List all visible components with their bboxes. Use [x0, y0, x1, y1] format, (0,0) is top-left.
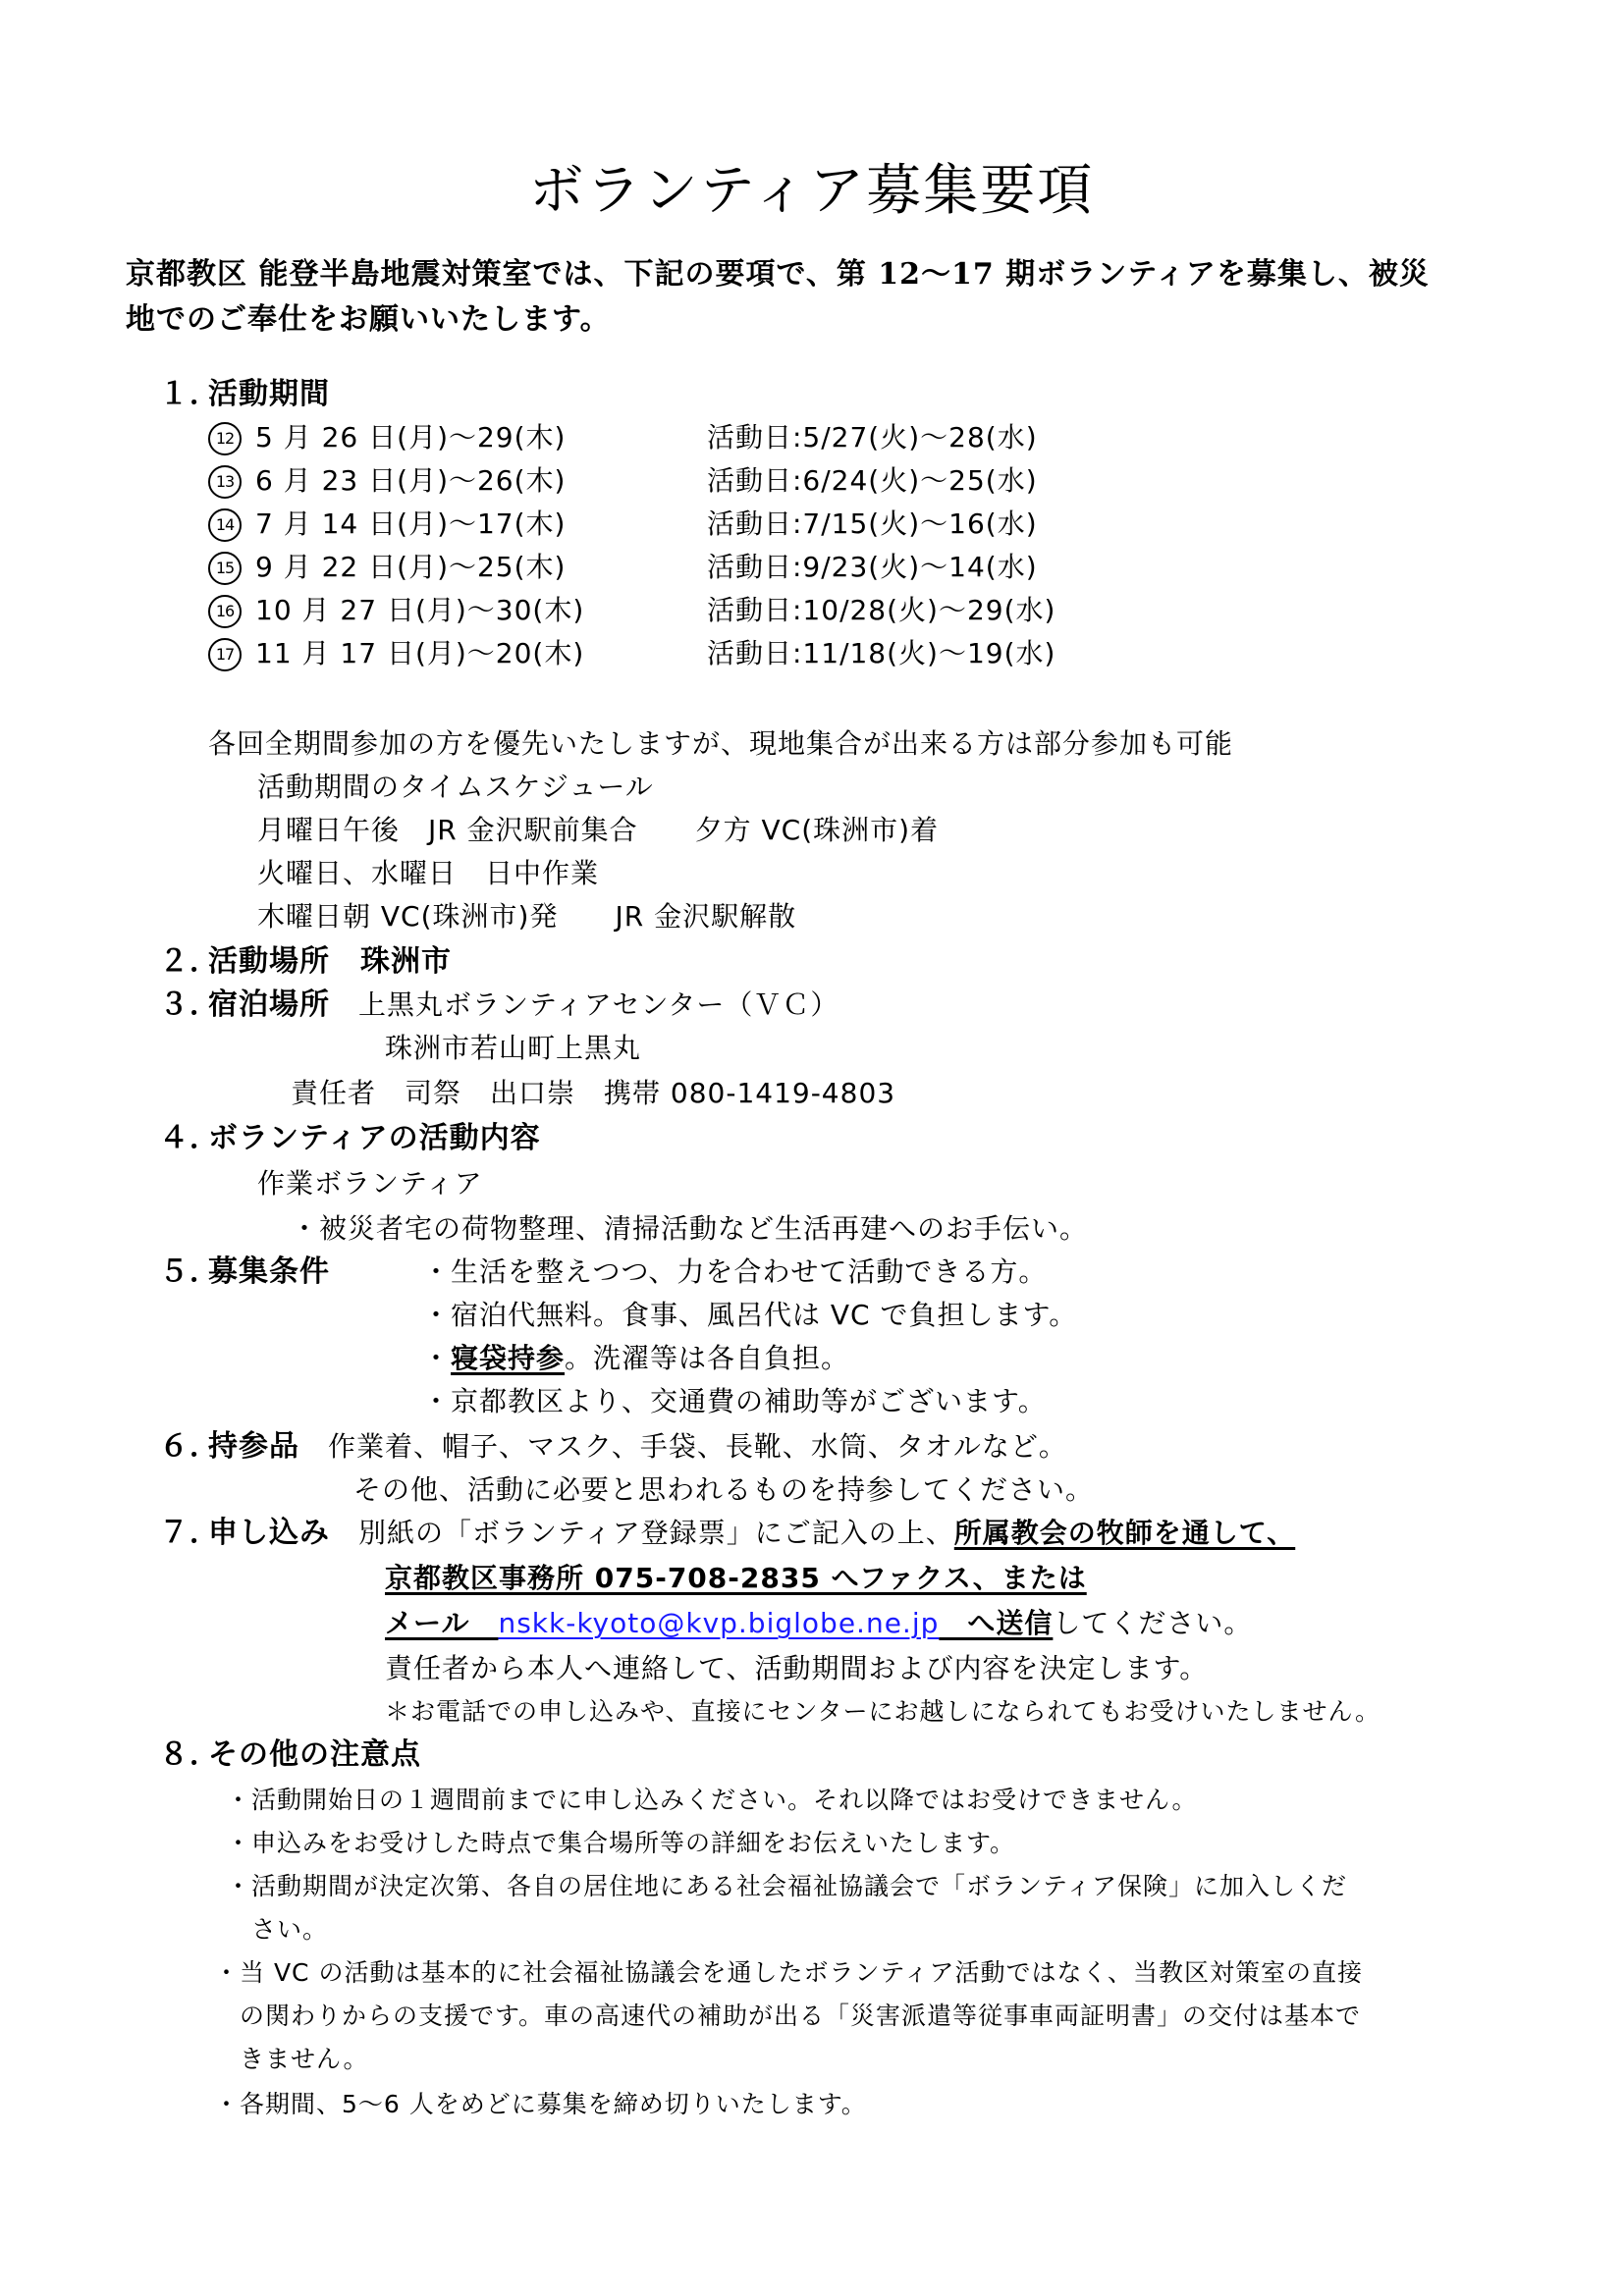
period-row: 159 月 22 日(月)～25(木)活動日:9/23(火)～14(水) — [208, 548, 1038, 587]
circled-number-icon: 14 — [208, 508, 242, 542]
notice-line: ・当 VC の活動は基本的に社会福祉協議会を通したボランティア活動ではなく、当教… — [214, 1953, 1363, 1993]
section-8-heading: ８．その他の注意点 — [159, 1735, 421, 1775]
activity-detail: ・被災者宅の荷物整理、清掃活動など生活再建へのお手伝い。 — [291, 1209, 1088, 1249]
notice-line: ・活動期間が決定次第、各自の居住地にある社会福祉協議会で「ボランティア保険」に加… — [226, 1867, 1347, 1906]
period-row: 1711 月 17 日(月)～20(木)活動日:11/18(火)～19(水) — [208, 634, 1055, 673]
schedule-line: 火曜日、水曜日 日中作業 — [257, 854, 599, 893]
notice-line: さい。 — [226, 1910, 328, 1949]
intro-line-1: 京都教区 能登半島地震対策室では、下記の要項で、第 12～17 期ボランティアを… — [126, 253, 1430, 296]
notice-line: ・各期間、5～6 人をめどに募集を締め切りいたします。 — [214, 2085, 867, 2124]
condition-item: ・寝袋持参。洗濯等は各自負担。 — [422, 1339, 849, 1378]
section-6-heading: ６．持参品 作業着、帽子、マスク、手袋、長靴、水筒、タオルなど。 — [159, 1427, 1067, 1467]
section-5-heading: ５．募集条件 — [159, 1253, 330, 1292]
notice-line: の関わりからの支援です。車の高速代の補助が出る「災害派遣等従事車両証明書」の交付… — [214, 1997, 1361, 2036]
items-to-bring: 作業着、帽子、マスク、手袋、長靴、水筒、タオルなど。 — [328, 1430, 1067, 1463]
contact-note: 責任者から本人へ連絡して、活動期間および内容を決定します。 — [385, 1649, 1208, 1688]
section-4-heading: ４．ボランティアの活動内容 — [159, 1119, 541, 1158]
activity-type: 作業ボランティア — [257, 1164, 483, 1203]
email-instruction: メール nskk-kyoto@kvp.biglobe.ne.jp へ送信してくだ… — [385, 1604, 1252, 1643]
lodging-contact: 責任者 司祭 出口崇 携帯 080-1419-4803 — [291, 1074, 895, 1113]
schedule-title: 活動期間のタイムスケジュール — [257, 768, 654, 807]
notice-line: ・活動開始日の１週間前までに申し込みください。それ以降ではお受けできません。 — [226, 1781, 1198, 1820]
phone-not-accepted-note: ＊お電話での申し込みや、直接にセンターにお越しになられてもお受けいたしません。 — [385, 1692, 1380, 1732]
circled-number-icon: 15 — [208, 552, 242, 585]
period-row: 1610 月 27 日(月)～30(木)活動日:10/28(火)～29(水) — [208, 591, 1055, 630]
circled-number-icon: 12 — [208, 422, 242, 455]
fax-instruction: 京都教区事務所 075-708-2835 へファクス、または — [385, 1559, 1087, 1598]
condition-item: ・京都教区より、交通費の補助等がございます。 — [422, 1382, 1047, 1421]
section-7-heading: ７．申し込み 別紙の「ボランティア登録票」にご記入の上、所属教会の牧師を通して、 — [159, 1514, 1295, 1553]
circled-number-icon: 17 — [208, 638, 242, 671]
notice-line: ・申込みをお受けした時点で集合場所等の詳細をお伝えいたします。 — [226, 1824, 1015, 1863]
intro-line-2: 地でのご奉仕をお願いいたします。 — [126, 298, 611, 342]
circled-number-icon: 16 — [208, 595, 242, 628]
via-pastor-note: 所属教会の牧師を通して、 — [954, 1517, 1295, 1549]
notice-line: きません。 — [214, 2040, 369, 2079]
email-link[interactable]: nskk-kyoto@kvp.biglobe.ne.jp — [498, 1607, 939, 1639]
page-title: ボランティア募集要項 — [0, 157, 1623, 226]
document-page: ボランティア募集要項 京都教区 能登半島地震対策室では、下記の要項で、第 12～… — [0, 0, 1623, 2296]
section-2-heading: ２．活動場所 珠洲市 — [159, 942, 452, 982]
items-to-bring-note: その他、活動に必要と思われるものを持参してください。 — [353, 1470, 1094, 1510]
section-3-heading: ３．宿泊場所 上黒丸ボランティアセンター（ＶＣ） — [159, 986, 839, 1025]
lodging-name: 上黒丸ボランティアセンター（ＶＣ） — [358, 988, 839, 1021]
period-row: 136 月 23 日(月)～26(木)活動日:6/24(火)～25(水) — [208, 461, 1038, 501]
schedule-line: 木曜日朝 VC(珠洲市)発 JR 金沢駅解散 — [257, 897, 796, 936]
condition-item: ・生活を整えつつ、力を合わせて活動できる方。 — [422, 1253, 1047, 1292]
schedule-line: 月曜日午後 JR 金沢駅前集合 夕方 VC(珠洲市)着 — [257, 811, 939, 850]
circled-number-icon: 13 — [208, 465, 242, 499]
condition-item: ・宿泊代無料。食事、風呂代は VC で負担します。 — [422, 1296, 1077, 1335]
period-row: 125 月 26 日(月)～29(木)活動日:5/27(火)～28(水) — [208, 418, 1038, 457]
activity-location: 珠洲市 — [360, 944, 452, 979]
section-1-heading: １．活動期間 — [159, 375, 330, 414]
period-row: 147 月 14 日(月)～17(木)活動日:7/15(火)～16(水) — [208, 505, 1038, 544]
lodging-address: 珠洲市若山町上黒丸 — [385, 1029, 641, 1068]
sleeping-bag-required: 寝袋持参 — [451, 1342, 565, 1374]
participation-note: 各回全期間参加の方を優先いたしますが、現地集合が出来る方は部分参加も可能 — [208, 724, 1233, 764]
